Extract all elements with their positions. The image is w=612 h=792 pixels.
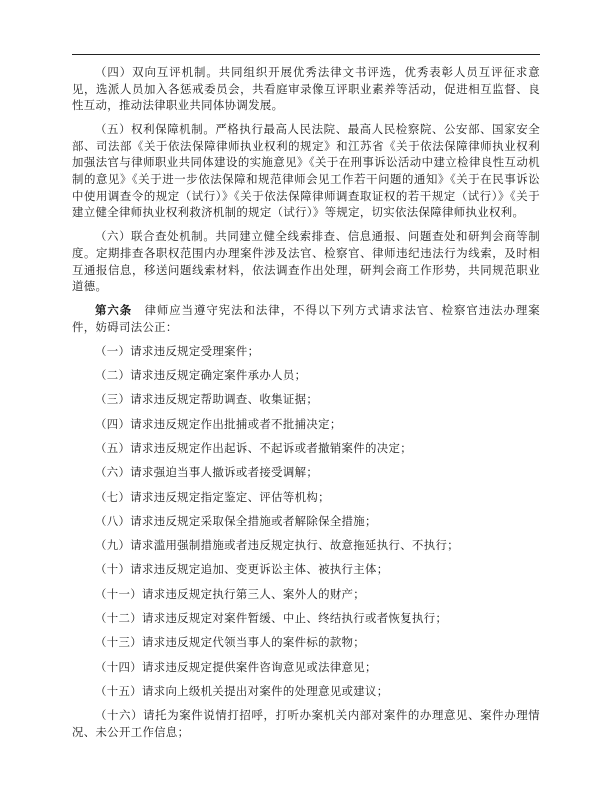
list-item: （十一）请求违反规定执行第三人、案外人的财产； xyxy=(72,586,540,603)
list-item: （十四）请求违反规定提供案件咨询意见或法律意见； xyxy=(72,659,540,676)
list-item: （三）请求违反规定帮助调查、收集证据； xyxy=(72,391,540,408)
list-item: （九）请求滥用强制措施或者违反规定执行、故意拖延执行、不执行； xyxy=(72,537,540,554)
paragraph-mechanism-6: （六）联合查处机制。共同建立健全线索排查、信息通报、问题查处和研判会商等制度。定… xyxy=(72,228,540,294)
list-item: （五）请求违反规定作出起诉、不起诉或者撤销案件的决定； xyxy=(72,440,540,457)
paragraph-mechanism-5: （五）权利保障机制。严格执行最高人民法院、最高人民检察院、公安部、国家安全部、司… xyxy=(72,121,540,221)
list-item: （七）请求违反规定指定鉴定、评估等机构； xyxy=(72,489,540,506)
list-item: （十三）请求违反规定代领当事人的案件标的款物； xyxy=(72,634,540,651)
list-item: （十五）请求向上级机关提出对案件的处理意见或建议； xyxy=(72,683,540,700)
list-item: （四）请求违反规定作出批捕或者不批捕决定； xyxy=(72,416,540,433)
header-rule xyxy=(72,54,540,55)
article-spacer xyxy=(132,303,144,317)
list-item: （八）请求违反规定采取保全措施或者解除保全措施； xyxy=(72,513,540,530)
list-item: （十六）请托为案件说情打招呼，打听办案机关内部对案件的办理意见、案件办理情况、未… xyxy=(72,707,540,740)
list-item: （十二）请求违反规定对案件暂缓、中止、终结执行或者恢复执行； xyxy=(72,610,540,627)
list-item: （一）请求违反规定受理案件； xyxy=(72,343,540,360)
article-6: 第六条 律师应当遵守宪法和法律，不得以下列方式请求法官、检察官违法办理案件，妨碍… xyxy=(72,302,540,335)
document-body: （四）双向互评机制。共同组织开展优秀法律文书评选，优秀表彰人员互评征求意见，选派… xyxy=(72,64,540,748)
article-label: 第六条 xyxy=(95,303,132,317)
paragraph-mechanism-4: （四）双向互评机制。共同组织开展优秀法律文书评选，优秀表彰人员互评征求意见，选派… xyxy=(72,64,540,114)
list-item: （十）请求违反规定追加、变更诉讼主体、被执行主体； xyxy=(72,561,540,578)
list-item: （六）请求强迫当事人撤诉或者接受调解； xyxy=(72,464,540,481)
list-item: （二）请求违反规定确定案件承办人员； xyxy=(72,367,540,384)
